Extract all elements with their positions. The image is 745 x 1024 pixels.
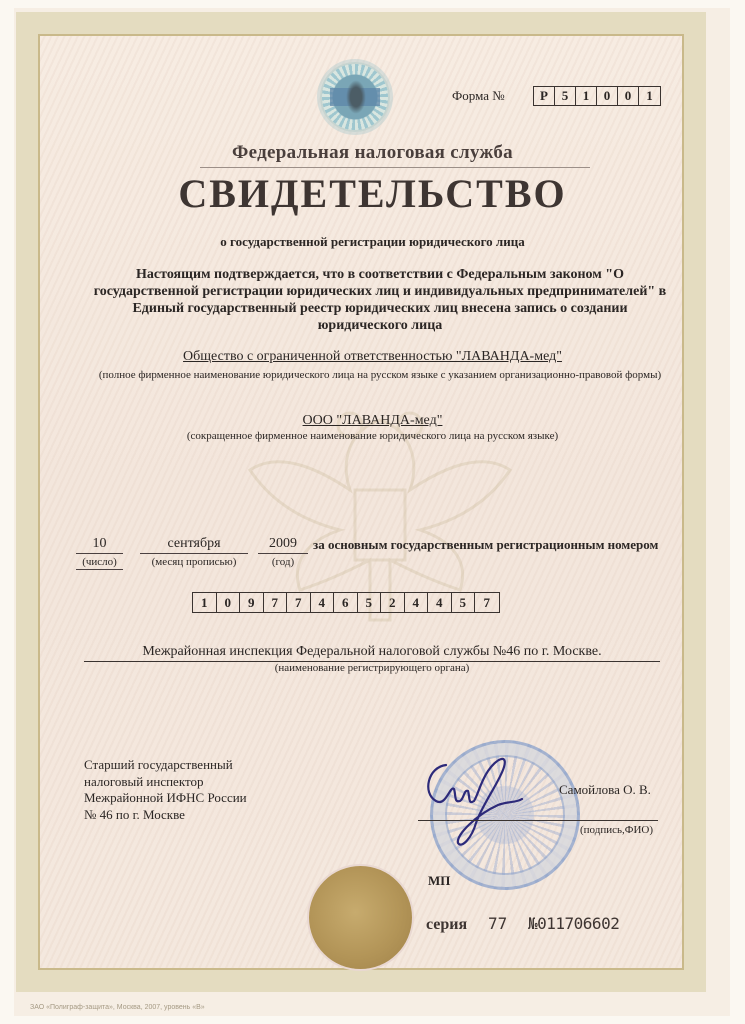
registering-authority-caption: (наименование регистрирующего органа)	[84, 662, 660, 674]
certificate-number: №011706602	[528, 914, 619, 933]
ogrn-digit: 4	[311, 593, 335, 612]
date-month-value: сентября	[140, 536, 248, 554]
date-year-field: 2009 (год)	[258, 536, 308, 568]
form-code-cell: 1	[576, 87, 597, 105]
form-code-cell: 0	[597, 87, 618, 105]
hologram-emblem-icon	[320, 62, 390, 132]
ogrn-digit: 9	[240, 593, 264, 612]
ogrn-digit: 7	[264, 593, 288, 612]
company-full-caption: (полное фирменное наименование юридическ…	[75, 368, 685, 383]
date-month-field: сентября (месяц прописью)	[140, 536, 248, 568]
date-month-caption: (месяц прописью)	[140, 556, 248, 568]
ogrn-digit: 7	[287, 593, 311, 612]
ogrn-digit: 7	[475, 593, 499, 612]
ogrn-digit: 5	[452, 593, 476, 612]
form-code-cell: 5	[555, 87, 576, 105]
date-day-field: 10 (число)	[76, 536, 123, 570]
company-short-name-text: ООО "ЛАВАНДА-мед"	[303, 413, 443, 428]
inspector-line: № 46 по г. Москве	[84, 807, 247, 824]
form-code-boxes: Р 5 1 0 0 1	[533, 86, 661, 106]
series-label: серия	[426, 916, 467, 934]
company-short-name: ООО "ЛАВАНДА-мед"	[0, 413, 745, 429]
printer-imprint: ЗАО «Полиграф-защита», Москва, 2007, уро…	[30, 1004, 205, 1011]
confirmation-text: Настоящим подтверждается, что в соответс…	[90, 266, 670, 334]
inspector-title: Старший государственный налоговый инспек…	[84, 757, 247, 823]
agency-name: Федеральная налоговая служба	[0, 142, 745, 164]
company-full-name: Общество с ограниченной ответственностью…	[0, 349, 745, 365]
ogrn-digit: 4	[428, 593, 452, 612]
registration-label: за основным государственным регистрацион…	[313, 537, 658, 553]
company-full-name-text: Общество с ограниченной ответственностью…	[183, 349, 562, 364]
signature-line	[418, 820, 658, 821]
seal-place-label: МП	[428, 873, 450, 889]
signature-icon	[418, 745, 528, 855]
document-subtitle: о государственной регистрации юридическо…	[0, 234, 745, 250]
ogrn-boxes: 1 0 9 7 7 4 6 5 2 4 4 5 7	[192, 592, 500, 613]
date-year-value: 2009	[258, 536, 308, 554]
form-code-cell: Р	[534, 87, 555, 105]
date-day-value: 10	[76, 536, 123, 554]
inspector-line: Межрайонной ИФНС России	[84, 790, 247, 807]
document-title: СВИДЕТЕЛЬСТВО	[0, 170, 745, 217]
form-code-cell: 0	[618, 87, 639, 105]
ogrn-digit: 2	[381, 593, 405, 612]
agency-divider	[200, 167, 590, 168]
series-value: 77	[488, 914, 507, 933]
ogrn-digit: 6	[334, 593, 358, 612]
company-short-caption: (сокращенное фирменное наименование юрид…	[0, 430, 745, 442]
ogrn-digit: 1	[193, 593, 217, 612]
ogrn-digit: 0	[217, 593, 241, 612]
date-day-caption: (число)	[76, 556, 123, 570]
inspector-line: Старший государственный	[84, 757, 247, 774]
registering-authority: Межрайонная инспекция Федеральной налого…	[84, 644, 660, 662]
form-label: Форма №	[452, 88, 505, 104]
date-year-caption: (год)	[258, 556, 308, 568]
signer-name: Самойлова О. В.	[559, 782, 651, 798]
gold-seal-icon	[309, 866, 412, 969]
signature-caption: (подпись,ФИО)	[580, 824, 653, 836]
ogrn-digit: 4	[405, 593, 429, 612]
ogrn-digit: 5	[358, 593, 382, 612]
inspector-line: налоговый инспектор	[84, 774, 247, 791]
form-code-cell: 1	[639, 87, 660, 105]
